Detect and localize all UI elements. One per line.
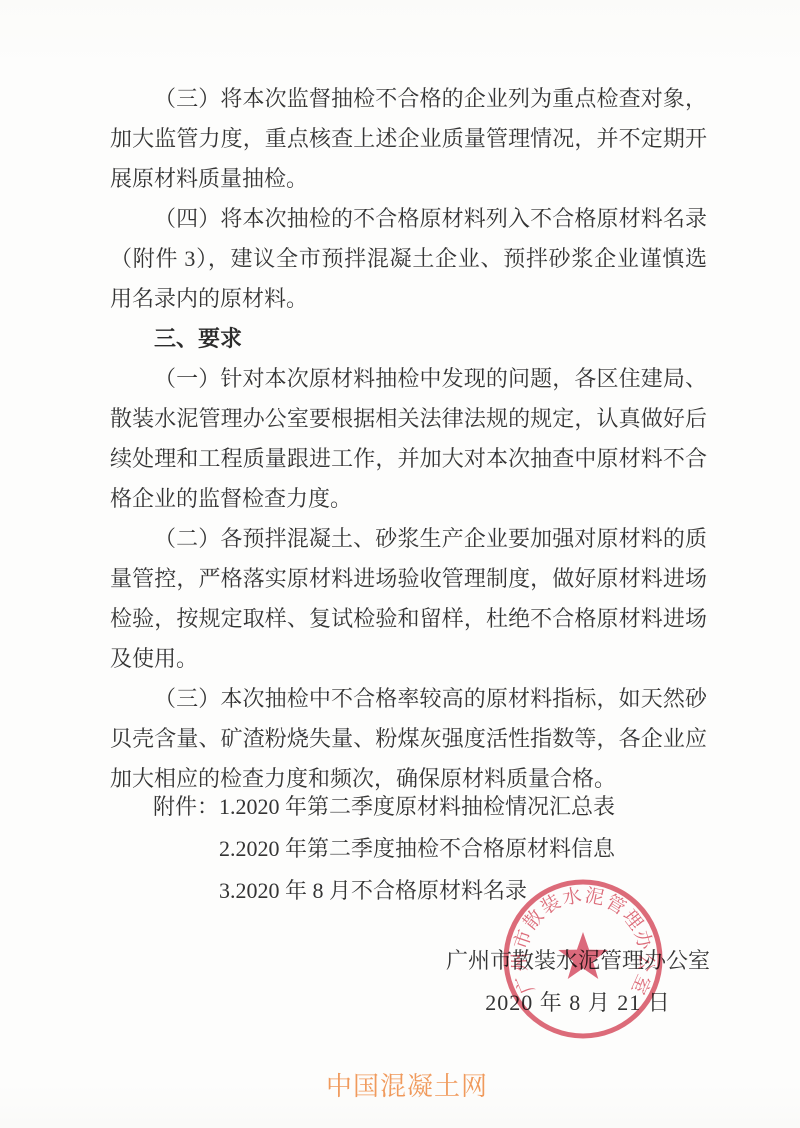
attachment-line: 3.2020 年 8 月不合格原材料名录 [219,870,615,912]
signature-block: 广州市散装水泥管理办公室 2020 年 8 月 21 日 [420,940,736,1024]
watermark: 中国混凝土网 [326,1066,488,1103]
section-heading: 三、要求 [110,319,707,359]
attachment-line: 2.2020 年第二季度抽检不合格原材料信息 [219,828,615,870]
attachment-item: 2.2020 年第二季度抽检不合格原材料信息 [219,836,615,861]
attachment-item: 3.2020 年 8 月不合格原材料名录 [219,878,527,903]
body-paragraph: （三）将本次监督抽检不合格的企业列为重点检查对象，加大监管力度，重点核查上述企业… [110,79,707,199]
body-paragraph: （一）针对本次原材料抽检中发现的问题，各区住建局、散装水泥管理办公室要根据相关法… [110,359,707,519]
document-page: （三）将本次监督抽检不合格的企业列为重点检查对象，加大监管力度，重点核查上述企业… [0,0,800,1128]
attachments-block: 附件：1.2020 年第二季度原材料抽检情况汇总表 2.2020 年第二季度抽检… [153,786,615,912]
body-paragraph: （三）本次抽检中不合格率较高的原材料指标，如天然砂贝壳含量、矿渣粉烧失量、粉煤灰… [110,679,707,799]
body-paragraph: （四）将本次抽检的不合格原材料列入不合格原材料名录（附件 3），建议全市预拌混凝… [110,199,707,319]
attachment-item: 1.2020 年第二季度原材料抽检情况汇总表 [219,794,615,819]
signature-date: 2020 年 8 月 21 日 [420,982,736,1024]
signature-org: 广州市散装水泥管理办公室 [420,940,736,982]
body-paragraph: （二）各预拌混凝土、砂浆生产企业要加强对原材料的质量管控，严格落实原材料进场验收… [110,519,707,679]
document-body: （三）将本次监督抽检不合格的企业列为重点检查对象，加大监管力度，重点核查上述企业… [110,79,707,799]
attachments-label: 附件： [153,794,219,819]
attachment-line: 附件：1.2020 年第二季度原材料抽检情况汇总表 [153,786,615,828]
